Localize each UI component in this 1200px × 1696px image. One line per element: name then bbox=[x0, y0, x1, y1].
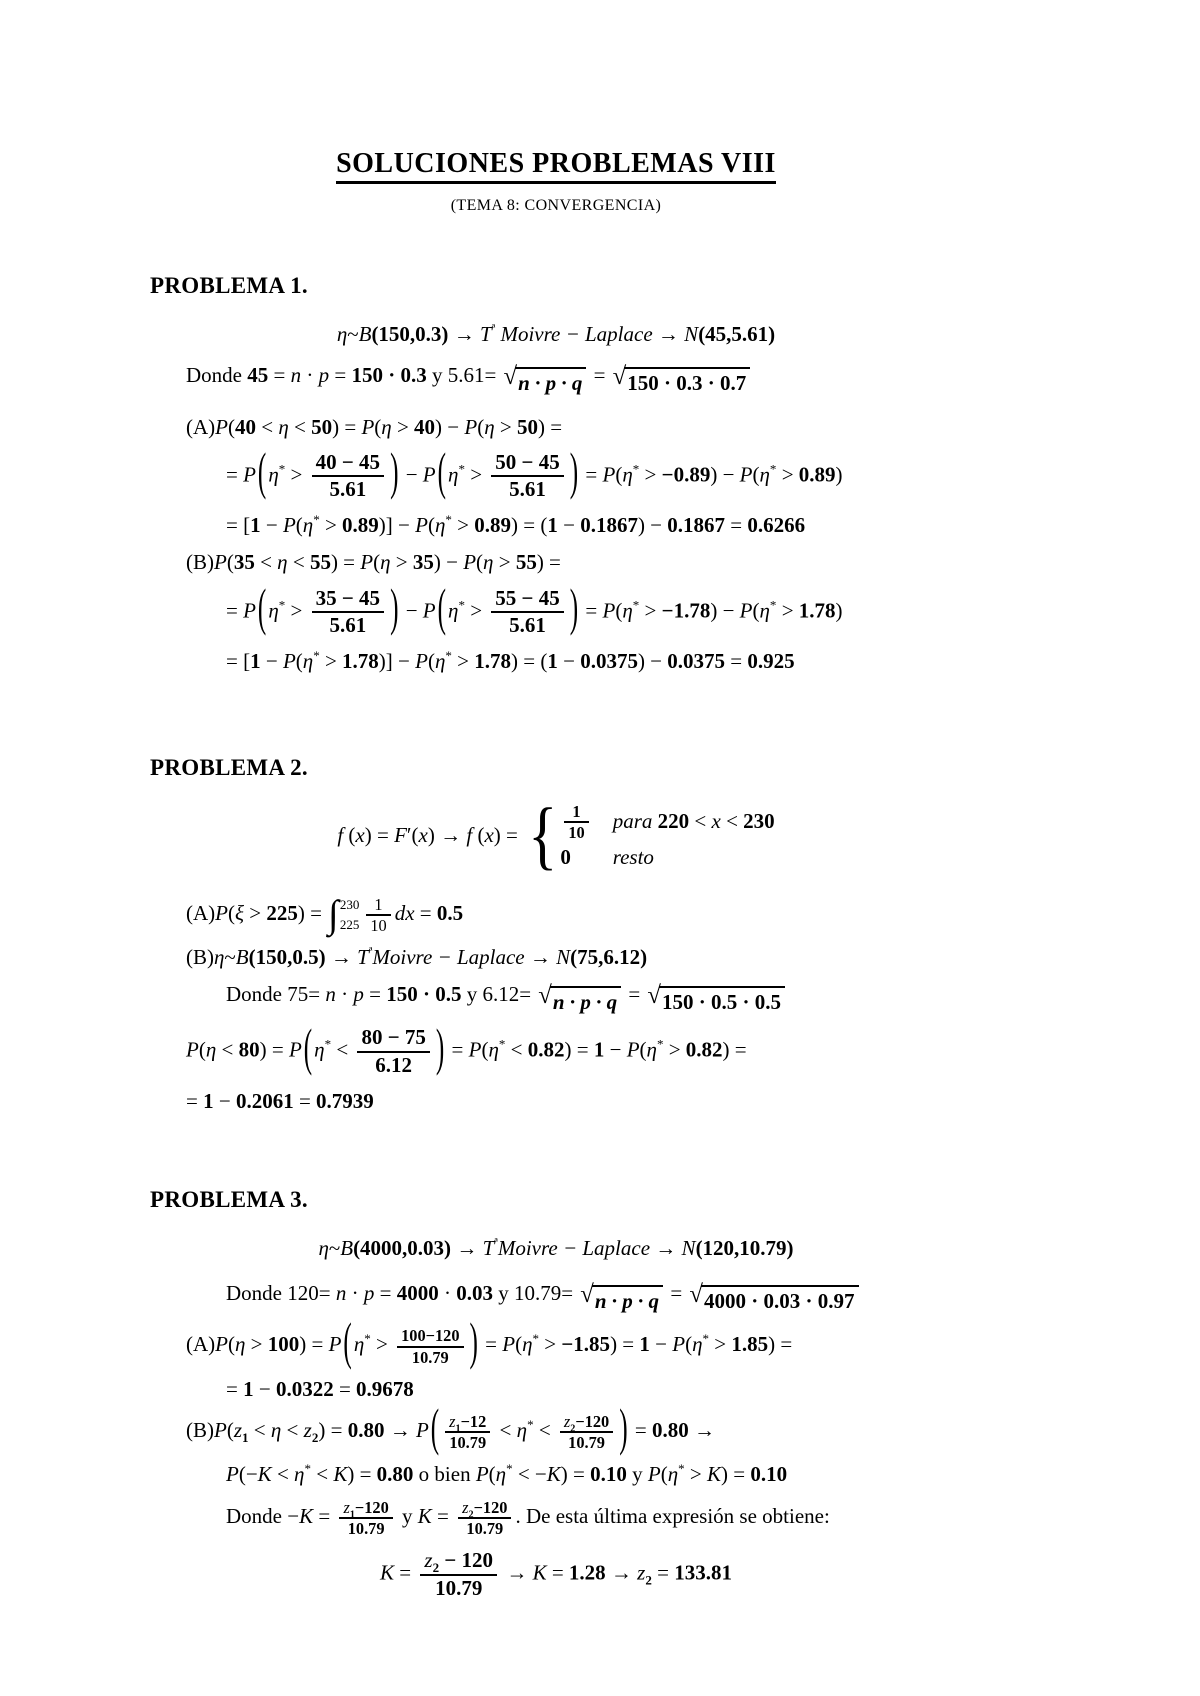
math-text: η bbox=[484, 415, 494, 439]
math-text: 0.9678 bbox=[356, 1377, 414, 1401]
math-text: · bbox=[346, 1281, 364, 1305]
math-text: ) = bbox=[494, 823, 523, 847]
math-text: P bbox=[186, 1038, 199, 1062]
cases-grid: 110para 220 < x < 2300resto bbox=[560, 803, 774, 872]
math-text: ) = bbox=[332, 415, 361, 439]
math-text: η bbox=[214, 945, 224, 969]
math-text: x bbox=[711, 809, 720, 833]
fraction: z1−12010.79 bbox=[339, 1499, 392, 1537]
math-text: 0.10 bbox=[750, 1462, 787, 1486]
math-text: ) − bbox=[710, 598, 739, 622]
math-text: < bbox=[281, 1418, 303, 1442]
formula-line: K = z2 − 12010.79 → K = 1.28 → z2 = 133.… bbox=[150, 1549, 962, 1600]
big-paren: ( bbox=[436, 577, 448, 644]
math-text: P bbox=[740, 462, 753, 486]
math-text: (4000,0.03) bbox=[353, 1236, 451, 1260]
math-text: 0.82 bbox=[528, 1038, 565, 1062]
math-text: p bbox=[319, 363, 330, 387]
formula-line: = 1 − 0.0322 = 0.9678 bbox=[150, 1376, 962, 1403]
problem-heading: PROBLEMA 2. bbox=[150, 755, 962, 781]
math-text: P bbox=[502, 1332, 515, 1356]
math-text: − bbox=[558, 513, 580, 537]
case-condition: resto bbox=[613, 844, 775, 871]
document-title: SOLUCIONES PROBLEMAS VIII bbox=[150, 148, 962, 184]
math-text: ( bbox=[753, 598, 760, 622]
math-text: < bbox=[494, 1418, 516, 1442]
math-text: − bbox=[214, 1089, 236, 1113]
math-text: 50 − 45 bbox=[495, 450, 559, 474]
math-text: P bbox=[360, 550, 373, 574]
math-text: ) = bbox=[298, 901, 327, 925]
math-text: = bbox=[226, 462, 243, 486]
math-text: ( bbox=[753, 462, 760, 486]
fraction-denominator: 10.79 bbox=[420, 1574, 497, 1601]
math-text: ) = bbox=[561, 1462, 590, 1486]
math-text: 0.89 bbox=[474, 513, 511, 537]
case-value: 110 bbox=[560, 803, 592, 841]
math-text: = bbox=[580, 462, 602, 486]
fraction-numerator: 80 − 75 bbox=[357, 1026, 429, 1051]
math-text: 1 bbox=[547, 649, 558, 673]
math-text: 40 bbox=[235, 415, 256, 439]
math-text: = bbox=[432, 1504, 454, 1528]
math-text: = bbox=[313, 1504, 335, 1528]
math-text: 35 bbox=[234, 550, 255, 574]
math-text: → bbox=[689, 1418, 715, 1442]
math-text: 0.2061 bbox=[236, 1089, 294, 1113]
math-text: η bbox=[206, 1038, 216, 1062]
math-text: x bbox=[484, 823, 493, 847]
big-paren: ) bbox=[468, 1312, 480, 1379]
fraction-denominator: 5.61 bbox=[491, 611, 563, 638]
math-text: n bbox=[336, 1281, 347, 1305]
math-text: 10.79 bbox=[568, 1433, 605, 1452]
fraction-numerator: 40 − 45 bbox=[312, 451, 384, 476]
math-text: ( bbox=[428, 513, 435, 537]
math-text: y 10.79= bbox=[493, 1281, 578, 1305]
math-text: < bbox=[311, 1462, 333, 1486]
math-text: P bbox=[415, 513, 428, 537]
math-text: . De esta última expresión se obtiene: bbox=[515, 1504, 829, 1528]
radicand: n · p · q bbox=[592, 1285, 663, 1315]
fraction-denominator: 10 bbox=[366, 914, 390, 934]
fraction: z2−12010.79 bbox=[458, 1499, 511, 1537]
math-text: 0.0375 bbox=[580, 649, 638, 673]
fraction-denominator: 10.79 bbox=[339, 1517, 392, 1537]
math-text: < bbox=[272, 1462, 294, 1486]
math-text: 0.89 bbox=[799, 462, 836, 486]
math-text: η bbox=[760, 598, 770, 622]
math-text: 0.82 bbox=[686, 1038, 723, 1062]
math-text: = bbox=[630, 1418, 652, 1442]
math-text: P bbox=[283, 513, 296, 537]
math-text: < bbox=[534, 1418, 556, 1442]
fraction-numerator: 35 − 45 bbox=[312, 587, 384, 612]
math-text: ( bbox=[228, 1332, 235, 1356]
math-text: 100 bbox=[268, 1332, 300, 1356]
math-text: z bbox=[424, 1548, 432, 1572]
math-text: − bbox=[261, 649, 283, 673]
math-text: K bbox=[418, 1504, 432, 1528]
formula-line: (B)η~B(150,0.5) → TªMoivre − Laplace → N… bbox=[150, 944, 962, 971]
formula-line: = P(η* > 35 − 455.61) − P(η* > 55 − 455.… bbox=[150, 587, 962, 638]
math-text: ) = bbox=[538, 415, 562, 439]
formula-line: η~B(4000,0.03) → TªMoivre − Laplace → N(… bbox=[150, 1235, 962, 1262]
math-text: ) = bbox=[260, 1038, 289, 1062]
math-text: −120 bbox=[355, 1498, 389, 1517]
sqrt-expression: √n · p · q bbox=[538, 986, 621, 1016]
math-text: K bbox=[533, 1560, 547, 1584]
math-text: 150 · 0.5 · 0.5 bbox=[662, 990, 781, 1014]
math-text: η bbox=[268, 462, 278, 486]
math-text: → bbox=[448, 322, 480, 346]
math-text: 225 bbox=[266, 901, 298, 925]
math-text: 0.925 bbox=[747, 649, 794, 673]
math-text: 10 bbox=[370, 916, 386, 935]
math-text: 55 − 45 bbox=[495, 586, 559, 610]
math-text: > bbox=[452, 649, 474, 673]
big-paren: ) bbox=[388, 442, 400, 509]
math-text: p bbox=[353, 982, 364, 1006]
math-text: 133.81 bbox=[674, 1560, 732, 1584]
math-text: y bbox=[627, 1462, 648, 1486]
math-text: B bbox=[340, 1236, 353, 1260]
math-text: = bbox=[446, 1038, 468, 1062]
math-text: > bbox=[391, 550, 413, 574]
math-text: P bbox=[423, 462, 436, 486]
integral-lower-limit: 225 bbox=[340, 918, 360, 931]
big-paren: ( bbox=[429, 1398, 441, 1465]
math-text: 0.80 bbox=[348, 1418, 385, 1442]
math-text: N bbox=[682, 1236, 696, 1260]
math-text: ( bbox=[640, 1038, 647, 1062]
fraction: 55 − 455.61 bbox=[491, 587, 563, 638]
math-text: ( bbox=[489, 1462, 496, 1486]
math-text: = bbox=[186, 1089, 203, 1113]
case-value: 0 bbox=[560, 844, 571, 871]
math-text: (B) bbox=[186, 550, 214, 574]
formula-line: P(η < 80) = P(η* < 80 − 756.12) = P(η* <… bbox=[150, 1026, 962, 1077]
math-text: P bbox=[416, 1418, 429, 1442]
math-text: − bbox=[254, 1377, 276, 1401]
math-text: 0.1867 bbox=[667, 513, 725, 537]
math-text: ) bbox=[836, 462, 843, 486]
formula-line: Donde 45 = n · p = 150 · 0.3 y 5.61= √n … bbox=[150, 362, 962, 397]
left-brace-icon: { bbox=[528, 799, 557, 875]
math-text: 1 bbox=[250, 513, 261, 537]
fraction-denominator: 6.12 bbox=[357, 1051, 429, 1078]
math-text: 100−120 bbox=[401, 1326, 459, 1345]
math-text: > bbox=[244, 901, 266, 925]
math-text: ( bbox=[228, 415, 235, 439]
math-text: < bbox=[289, 415, 311, 439]
fraction-numerator: 50 − 45 bbox=[491, 451, 563, 476]
math-text: y 6.12= bbox=[461, 982, 536, 1006]
fraction: z2 − 12010.79 bbox=[420, 1549, 497, 1600]
math-text: ) = bbox=[537, 550, 561, 574]
math-text: − bbox=[604, 1038, 626, 1062]
math-text: P bbox=[214, 1418, 227, 1442]
math-text: Moivre − Laplace bbox=[372, 945, 524, 969]
fraction-denominator: 10.79 bbox=[458, 1517, 511, 1537]
fraction: z1−1210.79 bbox=[445, 1413, 490, 1451]
big-paren: ) bbox=[568, 577, 580, 644]
radicand: 4000 · 0.03 · 0.97 bbox=[701, 1285, 859, 1315]
fraction: 80 − 756.12 bbox=[357, 1026, 429, 1077]
math-text: 0.80 bbox=[377, 1462, 414, 1486]
math-text: P bbox=[215, 901, 228, 925]
math-text: = bbox=[623, 982, 645, 1006]
fraction-numerator: 1 bbox=[564, 803, 588, 821]
math-text: ) = bbox=[723, 1038, 747, 1062]
math-text: (45,5.61) bbox=[698, 322, 775, 346]
math-text: > bbox=[495, 415, 517, 439]
math-text: z bbox=[234, 1418, 242, 1442]
math-text: = [ bbox=[226, 649, 250, 673]
math-text: η bbox=[380, 550, 390, 574]
fraction-numerator: z1−12 bbox=[445, 1413, 490, 1431]
sqrt-expression: √n · p · q bbox=[580, 1285, 663, 1315]
math-text: 150 · 0.3 bbox=[351, 363, 426, 387]
math-text: B bbox=[236, 945, 249, 969]
document-subtitle: (TEMA 8: CONVERGENCIA) bbox=[150, 197, 962, 215]
math-text: 0.1867 bbox=[580, 513, 638, 537]
math-text: = bbox=[374, 1281, 396, 1305]
math-text: > bbox=[285, 598, 307, 622]
formula-line: Donde 75= n · p = 150 · 0.5 y 6.12= √n ·… bbox=[150, 981, 962, 1016]
math-text: 1 bbox=[594, 1038, 605, 1062]
math-text: = bbox=[329, 363, 351, 387]
math-text: Donde bbox=[186, 363, 247, 387]
math-text: B bbox=[359, 322, 372, 346]
math-text: 80 bbox=[239, 1038, 260, 1062]
math-text: 80 − 75 bbox=[361, 1025, 425, 1049]
math-text: 1 bbox=[547, 513, 558, 537]
math-text: ) − bbox=[434, 550, 463, 574]
math-text: P bbox=[469, 1038, 482, 1062]
math-text: < bbox=[255, 550, 277, 574]
big-paren: ) bbox=[568, 442, 580, 509]
math-text: N bbox=[684, 322, 698, 346]
math-text: (75,6.12) bbox=[570, 945, 647, 969]
math-text: ) bbox=[836, 598, 843, 622]
math-text: η bbox=[435, 649, 445, 673]
radical-sign: √ bbox=[689, 1283, 703, 1308]
integral-limits: 230225 bbox=[340, 898, 360, 931]
math-text: ( bbox=[228, 901, 235, 925]
math-text: · bbox=[439, 1281, 457, 1305]
fraction-denominator: 5.61 bbox=[312, 475, 384, 502]
math-text: 45 bbox=[247, 363, 268, 387]
math-text: η bbox=[647, 1038, 657, 1062]
formula-line: (A)P(ξ > 225) = ∫230225110dx = 0.5 bbox=[150, 896, 962, 934]
math-text: P bbox=[215, 1332, 228, 1356]
math-text: > bbox=[685, 1462, 707, 1486]
math-text: 0.80 bbox=[652, 1418, 689, 1442]
fraction-numerator: 1 bbox=[366, 896, 390, 914]
math-text: = bbox=[547, 1560, 569, 1584]
math-text: ( bbox=[296, 513, 303, 537]
fraction: 50 − 455.61 bbox=[491, 451, 563, 502]
math-text: Donde 75= bbox=[226, 982, 325, 1006]
math-text: → bbox=[653, 322, 685, 346]
math-text: n bbox=[291, 363, 302, 387]
big-paren: ) bbox=[434, 1017, 446, 1084]
math-text: 230 bbox=[743, 809, 775, 833]
math-text: = bbox=[226, 1377, 243, 1401]
math-text: > bbox=[539, 1332, 561, 1356]
math-text: 1 bbox=[203, 1089, 214, 1113]
math-text: > bbox=[320, 649, 342, 673]
math-text: p bbox=[364, 1281, 375, 1305]
math-text: 50 bbox=[311, 415, 332, 439]
sqrt-expression: √150 · 0.5 · 0.5 bbox=[647, 986, 785, 1016]
radical-sign: √ bbox=[538, 984, 552, 1009]
math-text: η bbox=[522, 1332, 532, 1356]
math-text: = bbox=[725, 513, 747, 537]
math-text: ) → bbox=[428, 823, 467, 847]
math-text: 1.78 bbox=[342, 649, 379, 673]
math-text: < bbox=[288, 550, 310, 574]
formula-line: (B)P(35 < η < 55) = P(η > 35) − P(η > 55… bbox=[150, 549, 962, 576]
formula-line: = P(η* > 40 − 455.61) − P(η* > 50 − 455.… bbox=[150, 451, 962, 502]
math-text: −120 bbox=[575, 1412, 609, 1431]
formula-line: = 1 − 0.2061 = 0.7939 bbox=[150, 1088, 962, 1115]
radicand: n · p · q bbox=[515, 367, 586, 397]
math-text: ~ bbox=[347, 322, 358, 346]
fraction-numerator: 55 − 45 bbox=[491, 587, 563, 612]
math-text: )] − bbox=[379, 649, 415, 673]
math-text: η bbox=[435, 513, 445, 537]
math-text: = bbox=[480, 1332, 502, 1356]
formula-line: (A)P(η > 100) = P(η* > 100−12010.79) = P… bbox=[150, 1327, 962, 1365]
math-text: 1.28 bbox=[569, 1560, 606, 1584]
math-text: η bbox=[268, 598, 278, 622]
math-text: −1.78 bbox=[662, 598, 711, 622]
math-text: P bbox=[215, 415, 228, 439]
math-text: 1.85 bbox=[731, 1332, 768, 1356]
fraction-numerator: z1−120 bbox=[339, 1499, 392, 1517]
math-text: 50 bbox=[517, 415, 538, 439]
math-text: 0.89 bbox=[342, 513, 379, 537]
math-text: 1 bbox=[243, 1377, 254, 1401]
math-text: < bbox=[505, 1038, 527, 1062]
radical-sign: √ bbox=[613, 365, 627, 390]
integral-upper-limit: 230 bbox=[340, 898, 360, 911]
math-text: P bbox=[243, 598, 256, 622]
math-text: dx bbox=[395, 901, 415, 925]
math-text: K bbox=[299, 1504, 313, 1528]
math-text: > bbox=[776, 462, 798, 486]
math-text: = bbox=[588, 363, 610, 387]
math-text: η bbox=[318, 1236, 328, 1260]
math-text: η bbox=[448, 598, 458, 622]
math-text: ) − bbox=[435, 415, 464, 439]
math-text: = bbox=[334, 1377, 356, 1401]
math-text: P bbox=[361, 415, 374, 439]
math-text: η bbox=[381, 415, 391, 439]
math-text: P bbox=[214, 550, 227, 574]
math-text: η bbox=[235, 1332, 245, 1356]
math-text: y 5.61= bbox=[427, 363, 502, 387]
math-text: (150,0.5) bbox=[249, 945, 326, 969]
math-text: < bbox=[216, 1038, 238, 1062]
math-text: P bbox=[226, 1462, 239, 1486]
math-text: → bbox=[650, 1236, 682, 1260]
math-text: N bbox=[556, 945, 570, 969]
formula-line: Donde 120= n · p = 4000 · 0.03 y 10.79= … bbox=[150, 1280, 962, 1315]
math-text: > bbox=[465, 598, 487, 622]
math-text: 5.61 bbox=[329, 477, 366, 501]
math-text: T bbox=[480, 322, 492, 346]
math-text: > bbox=[465, 462, 487, 486]
math-text: η bbox=[354, 1332, 364, 1356]
math-text: P bbox=[283, 649, 296, 673]
math-text: K bbox=[380, 1560, 394, 1584]
fraction-numerator: 100−120 bbox=[397, 1327, 463, 1345]
math-text: ( bbox=[476, 550, 483, 574]
math-text: (− bbox=[239, 1462, 258, 1486]
math-text: 10.79 bbox=[435, 1576, 482, 1600]
big-paren: ( bbox=[302, 1017, 314, 1084]
formula-line: η~B(150,0.3) → Tª Moivre − Laplace → N(4… bbox=[150, 321, 962, 348]
fraction-denominator: 10 bbox=[564, 821, 588, 841]
math-text: 55 bbox=[516, 550, 537, 574]
fraction: 110 bbox=[366, 896, 390, 934]
fraction-denominator: 5.61 bbox=[491, 475, 563, 502]
radicand: n · p · q bbox=[550, 986, 621, 1016]
math-text: η bbox=[448, 462, 458, 486]
math-text: η bbox=[303, 513, 313, 537]
fraction: 100−12010.79 bbox=[397, 1327, 463, 1365]
math-text: 10 bbox=[568, 823, 584, 842]
math-text: = bbox=[725, 649, 747, 673]
math-text: 35 bbox=[413, 550, 434, 574]
math-text: K bbox=[333, 1462, 347, 1486]
math-text: → bbox=[501, 1560, 533, 1584]
math-text: 0.10 bbox=[590, 1462, 627, 1486]
math-text: Moivre − Laplace bbox=[495, 322, 652, 346]
math-text: > bbox=[639, 598, 661, 622]
formula-line: f (x) = F′(x) → f (x) = {110para 220 < x… bbox=[150, 803, 962, 872]
math-text: ) − bbox=[710, 462, 739, 486]
math-text: < bbox=[249, 1418, 271, 1442]
fraction-numerator: z2−120 bbox=[458, 1499, 511, 1517]
math-text: η bbox=[294, 1462, 304, 1486]
math-text: → bbox=[384, 1418, 416, 1442]
math-text: x bbox=[419, 823, 428, 847]
math-text: ξ bbox=[235, 901, 244, 925]
math-text: · bbox=[336, 982, 354, 1006]
formula-line: P(−K < η* < K) = 0.80 o bien P(η* < −K) … bbox=[150, 1461, 962, 1488]
math-text: = bbox=[394, 1560, 416, 1584]
math-text: (B) bbox=[186, 945, 214, 969]
math-text: 0.5 bbox=[437, 901, 463, 925]
math-text: x bbox=[355, 823, 364, 847]
case-condition: para 220 < x < 230 bbox=[613, 808, 775, 835]
math-text: = [ bbox=[226, 513, 250, 537]
radical-sign: √ bbox=[580, 1283, 594, 1308]
math-text: ) = bbox=[365, 823, 394, 847]
math-text: 150 · 0.5 bbox=[386, 982, 461, 1006]
math-text: 10.79 bbox=[449, 1433, 486, 1452]
math-text: 40 bbox=[414, 415, 435, 439]
big-paren: ( bbox=[256, 442, 268, 509]
math-text: < bbox=[256, 415, 278, 439]
fraction-denominator: 5.61 bbox=[312, 611, 384, 638]
math-text: 1.78 bbox=[799, 598, 836, 622]
math-text: 5.61 bbox=[329, 613, 366, 637]
